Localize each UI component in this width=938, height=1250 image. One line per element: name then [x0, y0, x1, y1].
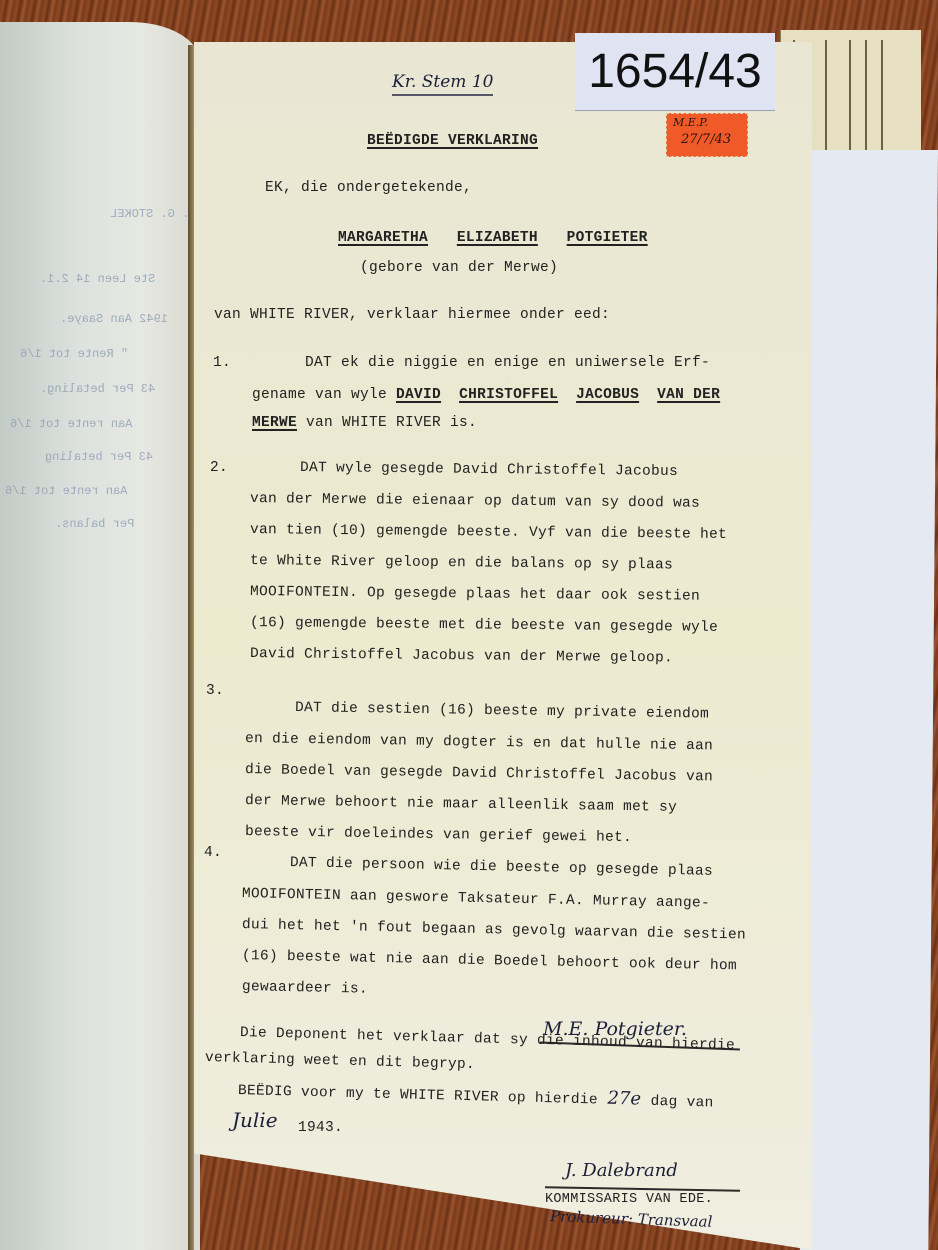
underlined-name: CHRISTOFFEL: [459, 387, 558, 403]
ghost-text: " Rente tot 1/6: [20, 347, 128, 361]
ghost-text: Ste Leen 14 2.1.: [40, 272, 155, 286]
paragraph-line: gewaardeer is.: [242, 979, 368, 998]
handwritten-month: Julie: [232, 1108, 278, 1132]
stamp-initials: M.E.P.: [673, 116, 708, 129]
ghost-text: Per balans.: [55, 517, 134, 531]
commissioner-signature: J. Dalebrand: [565, 1160, 678, 1181]
text-fragment: dag van: [650, 1094, 713, 1112]
paragraph-number: 3.: [206, 683, 224, 699]
ghost-text: 43 Per betaling.: [40, 382, 155, 396]
ghost-text: I. G. STOKEL: [110, 207, 196, 221]
paragraph-line: MERWE van WHITE RIVER is.: [252, 415, 477, 431]
ghost-text: Aan rente tot 1/6: [5, 484, 127, 498]
ghost-text: 43 Per betaling: [45, 450, 153, 464]
book-spine: [188, 45, 194, 1250]
residence-line: van WHITE RIVER, verklaar hiermee onder …: [214, 307, 610, 323]
revenue-stamp: M.E.P. 27/7/43: [666, 113, 748, 157]
born-line: (gebore van der Merwe): [360, 260, 558, 276]
commissioner-title: KOMMISSARIS VAN EDE.: [545, 1192, 713, 1207]
underlined-name: JACOBUS: [576, 387, 639, 403]
underlined-name: MERWE: [252, 415, 297, 431]
handwritten-header: Kr. Stem 10: [392, 72, 493, 96]
ghost-text: Aan rente tot 1/6: [10, 417, 132, 431]
name-part: MARGARETHA: [338, 230, 428, 246]
ghost-text: 1942 Aan Saaye.: [60, 312, 168, 326]
year: 1943.: [298, 1120, 343, 1136]
underlined-name: VAN DER: [657, 387, 720, 403]
paragraph-line: DAT ek die niggie en enige en uniwersele…: [305, 355, 710, 371]
deponent-name: MARGARETHA ELIZABETH POTGIETER: [338, 228, 648, 246]
intro-line: EK, die ondergetekende,: [265, 180, 472, 196]
reference-label: 1654/43: [575, 33, 775, 111]
handwritten-day: 27e: [607, 1088, 641, 1110]
text-fragment: van WHITE RIVER is.: [297, 415, 477, 431]
paragraph-number: 4.: [204, 845, 222, 861]
paragraph-line: gename van wyle DAVID CHRISTOFFEL JACOBU…: [252, 387, 720, 403]
name-part: ELIZABETH: [457, 230, 538, 246]
paragraph-number: 2.: [210, 460, 228, 476]
left-page: I. G. STOKEL Ste Leen 14 2.1. 1942 Aan S…: [0, 22, 200, 1250]
document-title: BEËDIGDE VERKLARING: [367, 133, 538, 149]
paragraph-number: 1.: [213, 355, 231, 371]
name-part: POTGIETER: [567, 230, 648, 246]
text-fragment: gename van wyle: [252, 387, 396, 403]
white-insert-sheet: [800, 150, 938, 1250]
stamp-date: 27/7/43: [681, 132, 731, 147]
underlined-name: DAVID: [396, 387, 441, 403]
